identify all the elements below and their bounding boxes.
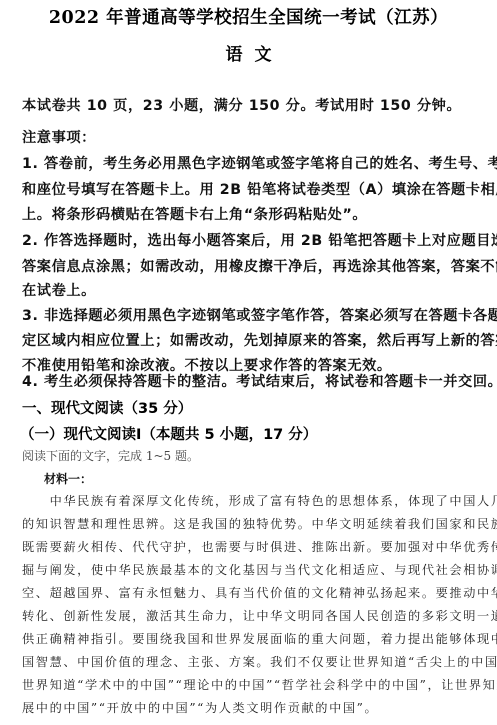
material-line: 展中的中国”“开放中的中国”“为人类文明作贡献的中国”。	[22, 699, 462, 716]
notice-line: 定区域内相应位置上；如需改动，先划掉原来的答案，然后再写上新的答案；	[22, 330, 477, 350]
material-line: 空、超越国界、富有永恒魅力、具有当代价值的文化精神弘扬起来。要推动中华文明创造性	[22, 584, 462, 601]
notice-heading: 注意事项：	[22, 127, 477, 147]
material-label: 材料一：	[44, 470, 92, 487]
material-line: 的知识智慧和理性思辨。这是我国的独特优势。中华文明延续着我们国家和民族的精神血脉…	[22, 515, 462, 532]
subsection-heading: （一）现代文阅读Ⅰ（本题共 5 小题，17 分）	[20, 423, 317, 444]
notice-line: 1. 答卷前，考生务必用黑色字迹钢笔或签字笔将自己的姓名、考生号、考场号	[22, 153, 477, 173]
material-line: 供正确精神指引。要围绕我国和世界发展面临的重大问题，着力提出能够体现中国立场、中	[22, 630, 462, 647]
notice-line: 上。将条形码横贴在答题卡右上角“条形码粘贴处”。	[22, 204, 477, 224]
reading-instruction: 阅读下面的文字，完成 1~5 题。	[22, 447, 199, 464]
exam-summary: 本试卷共 10 页，23 小题，满分 150 分。考试用时 150 分钟。	[22, 95, 477, 115]
notice-line: 3. 非选择题必须用黑色字迹钢笔或签字笔作答，答案必须写在答题卡各题目指	[22, 305, 477, 325]
notice-line: 4. 考生必须保持答题卡的整洁。考试结束后，将试卷和答题卡一并交回。	[22, 371, 477, 391]
notice-line: 答案信息点涂黑；如需改动，用橡皮擦干净后，再选涂其他答案，答案不能答	[22, 256, 477, 276]
exam-page: 2022 年普通高等学校招生全国统一考试（江苏） 语 文 本试卷共 10 页，2…	[0, 0, 497, 725]
material-line: 国智慧、中国价值的理念、主张、方案。我们不仅要让世界知道“舌尖上的中国”，还要让	[22, 653, 462, 670]
notice-line: 和座位号填写在答题卡上。用 2B 铅笔将试卷类型（A）填涂在答题卡相应位置	[22, 179, 477, 199]
subject-title: 语 文	[0, 40, 497, 65]
notice-line: 在试卷上。	[22, 280, 477, 300]
material-line: 掘与阐发，使中华民族最基本的文化基因与当代文化相适应、与现代社会相协调，把跨越时	[22, 561, 462, 578]
material-line: 世界知道“学术中的中国”“理论中的中国”“哲学社会科学中的中国”，让世界知道“发	[22, 676, 462, 693]
material-line: 中华民族有着深厚文化传统，形成了富有特色的思想体系，体现了中国人几千年来积累	[22, 492, 462, 509]
notice-line: 2. 作答选择题时，选出每小题答案后，用 2B 铅笔把答题卡上对应题目选项的	[22, 230, 477, 250]
exam-title: 2022 年普通高等学校招生全国统一考试（江苏）	[0, 4, 497, 29]
material-line: 转化、创新性发展，激活其生命力，让中华文明同各国人民创造的多彩文明一道，为人类提	[22, 607, 462, 624]
material-line: 既需要薪火相传、代代守护，也需要与时俱进、推陈出新。要加强对中华优秀传统文化的挖	[22, 538, 462, 555]
section-heading: 一、现代文阅读（35 分）	[22, 397, 192, 418]
